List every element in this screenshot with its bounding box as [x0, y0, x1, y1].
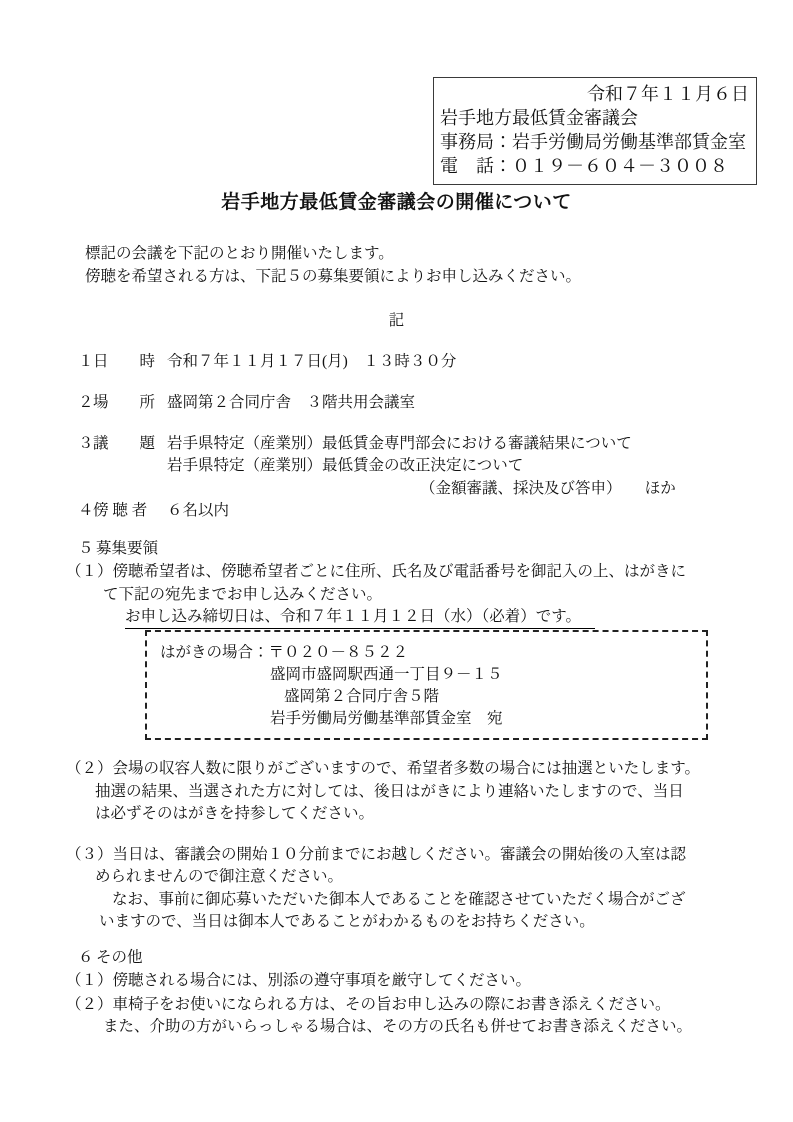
item-number: ２	[78, 392, 93, 415]
sender-info-box: 令和７年１１月６日 岩手地方最低賃金審議会 事務局：岩手労働局労働基準部賃金室 …	[433, 77, 757, 185]
item-number: ３	[78, 433, 93, 456]
topic-line: 岩手県特定（産業別）最低賃金専門部会における審議結果について	[167, 433, 676, 456]
item-value: 令和７年１１月１７日(月) １３時３０分	[167, 351, 456, 374]
para-line: いますので、当日は御本人であることがわかるものをお持ちください。	[0, 911, 793, 934]
agenda-item-place: ２ 場 所 盛岡第２合同庁舎 ３階共用会議室	[78, 392, 793, 415]
section6-heading: ６ その他	[78, 947, 793, 970]
postcard-line: 盛岡市盛岡駅西通一丁目９－１５	[147, 664, 706, 686]
agenda-item-observers: ４ 傍 聴 者 ６名以内	[78, 500, 793, 523]
intro-line: 傍聴を希望される方は、下記５の募集要領によりお申し込みください。	[0, 266, 793, 289]
section6-para1: （１）傍聴される場合には、別添の遵守事項を厳守してください。	[0, 970, 793, 993]
section5-para1: （１）傍聴希望者は、傍聴希望者ごとに住所、氏名及び電話番号を御記入の上、はがきに…	[0, 561, 793, 606]
agenda-item-topics: ３ 議 題 岩手県特定（産業別）最低賃金専門部会における審議結果について 岩手県…	[78, 433, 793, 501]
item-number: ４	[78, 500, 93, 523]
intro-paragraph: 標記の会議を下記のとおり開催いたします。 傍聴を希望される方は、下記５の募集要領…	[0, 243, 793, 288]
section5-para3: （３）当日は、審議会の開始１０分前までにお越しください。審議会の開始後の入室は認…	[0, 844, 793, 934]
postcard-line: 盛岡第２合同庁舎５階	[147, 686, 706, 708]
section-title: その他	[96, 947, 143, 970]
para-line: なお、事前に御応募いただいた御本人であることを確認させていただく場合がござ	[0, 889, 793, 912]
phone-number: 電 話：０１９－６０４－３００８	[440, 154, 749, 178]
para-line: められませんので御注意ください。	[0, 866, 793, 889]
section-number: ５	[78, 538, 96, 561]
topic-line: 岩手県特定（産業別）最低賃金の改正決定について	[167, 455, 676, 478]
item-value: ６名以内	[167, 500, 229, 523]
item-value: 盛岡第２合同庁舎 ３階共用会議室	[167, 392, 415, 415]
topic-note: （金額審議、採決及び答申） ほか	[167, 478, 676, 501]
secretariat-name: 事務局：岩手労働局労働基準部賃金室	[440, 130, 749, 154]
issue-date: 令和７年１１月６日	[440, 82, 749, 106]
section-title: 募集要領	[96, 538, 158, 561]
para-line: （１）傍聴希望者は、傍聴希望者ごとに住所、氏名及び電話番号を御記入の上、はがきに	[0, 561, 793, 584]
item-value: 岩手県特定（産業別）最低賃金専門部会における審議結果について 岩手県特定（産業別…	[167, 433, 676, 501]
postcard-address-box: はがきの場合：〒０２０－８５２２ 盛岡市盛岡駅西通一丁目９－１５ 盛岡第２合同庁…	[145, 630, 708, 740]
ki-marker: 記	[0, 310, 793, 333]
document-title: 岩手地方最低賃金審議会の開催について	[0, 190, 793, 216]
postcard-line: はがきの場合：〒０２０－８５２２	[147, 642, 706, 664]
item-label: 傍 聴 者	[93, 500, 155, 523]
para-line: 抽選の結果、当選された方に対しては、後日はがきにより連絡いたしますので、当日	[0, 781, 793, 804]
para-line: また、介助の方がいらっしゃる場合は、その方の氏名も併せてお書き添えください。	[0, 1016, 793, 1039]
para-line: （３）当日は、審議会の開始１０分前までにお越しください。審議会の開始後の入室は認	[0, 844, 793, 867]
section-number: ６	[78, 947, 96, 970]
deadline-line: お申し込み締切日は、令和７年１１月１２日（水）（必着）です。	[0, 606, 793, 629]
section6-para2: （２）車椅子をお使いになられる方は、その旨お申し込みの際にお書き添えください。 …	[0, 994, 793, 1039]
para-line: は必ずそのはがきを持参してください。	[0, 803, 793, 826]
para-line: （２）車椅子をお使いになられる方は、その旨お申し込みの際にお書き添えください。	[0, 994, 793, 1017]
para-line: て下記の宛先までお申し込みください。	[0, 584, 793, 607]
postcard-line: 岩手労働局労働基準部賃金室 宛	[147, 708, 706, 730]
section5-heading: ５ 募集要領	[78, 538, 793, 561]
item-label: 場 所	[93, 392, 155, 415]
item-label: 日 時	[93, 351, 155, 374]
item-label: 議 題	[93, 433, 155, 456]
deadline-text: お申し込み締切日は、令和７年１１月１２日（水）（必着）です。	[125, 607, 595, 629]
agenda-item-datetime: １ 日 時 令和７年１１月１７日(月) １３時３０分	[78, 351, 793, 374]
item-number: １	[78, 351, 93, 374]
para-line: （２）会場の収容人数に限りがございますので、希望者多数の場合には抽選といたします…	[0, 758, 793, 781]
section5-para2: （２）会場の収容人数に限りがございますので、希望者多数の場合には抽選といたします…	[0, 758, 793, 826]
para-line: （１）傍聴される場合には、別添の遵守事項を厳守してください。	[0, 970, 793, 993]
document-page: 令和７年１１月６日 岩手地方最低賃金審議会 事務局：岩手労働局労働基準部賃金室 …	[0, 0, 793, 1122]
intro-line: 標記の会議を下記のとおり開催いたします。	[0, 243, 793, 266]
council-name: 岩手地方最低賃金審議会	[440, 106, 749, 130]
